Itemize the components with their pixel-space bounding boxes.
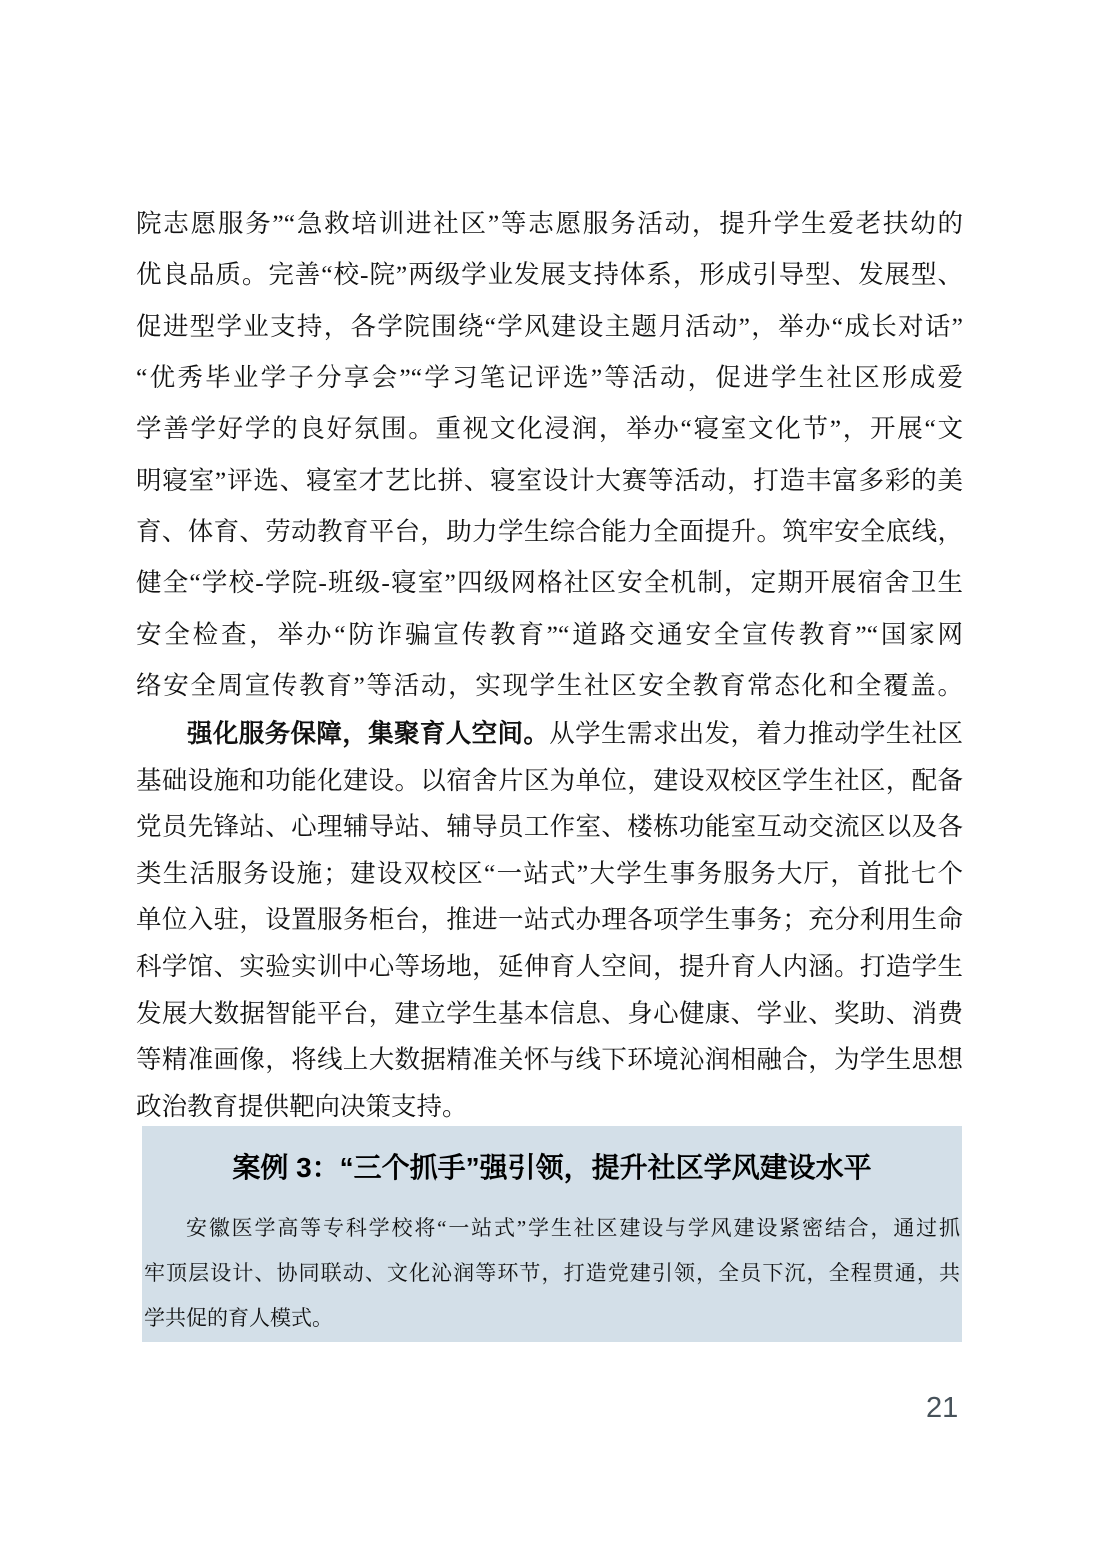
text-line: 等精准画像，将线上大数据精准关怀与线下环境沁润相融合，为学生思想 — [136, 1037, 963, 1084]
text-line: 单位入驻，设置服务柜台，推进一站式办理各项学生事务；充分利用生命 — [136, 897, 963, 944]
text-line: 健全“学校-学院-班级-寝室”四级网格社区安全机制，定期开展宿舍卫生 — [136, 557, 963, 608]
document-page: 院志愿服务”“急救培训进社区”等志愿服务活动，提升学生爱老扶幼的优良品质。完善“… — [0, 0, 1102, 1559]
text-line: 党员先锋站、心理辅导站、辅导员工作室、楼栋功能室互动交流区以及各 — [136, 804, 963, 851]
bold-inline-heading: 强化服务保障，集聚育人空间。 — [187, 720, 549, 748]
text-line: 学善学好学的良好氛围。重视文化浸润，举办“寝室文化节”，开展“文 — [136, 403, 963, 454]
text-line: 育、体育、劳动教育平台，助力学生综合能力全面提升。筑牢安全底线， — [136, 506, 963, 557]
text-line: 安徽医学高等专科学校将“一站式”学生社区建设与学风建设紧密结合，通过抓 — [144, 1206, 960, 1251]
case-study-callout-box: 案例 3：“三个抓手”强引领，提升社区学风建设水平 安徽医学高等专科学校将“一站… — [142, 1126, 962, 1342]
text-line: 促进型学业支持，各学院围绕“学风建设主题月活动”，举办“成长对话” — [136, 301, 963, 352]
text-line: 明寝室”评选、寝室才艺比拼、寝室设计大赛等活动，打造丰富多彩的美 — [136, 455, 963, 506]
text-line: 学共促的育人模式。 — [144, 1296, 960, 1341]
text-line: 牢顶层设计、协同联动、文化沁润等环节，打造党建引领，全员下沉，全程贯通，共 — [144, 1251, 960, 1296]
case-box-body: 安徽医学高等专科学校将“一站式”学生社区建设与学风建设紧密结合，通过抓牢顶层设计… — [144, 1206, 960, 1341]
text-line: 络安全周宣传教育”等活动，实现学生社区安全教育常态化和全覆盖。 — [136, 660, 963, 711]
text-line: 强化服务保障，集聚育人空间。从学生需求出发，着力推动学生社区 — [136, 711, 963, 758]
text-line: 政治教育提供靶向决策支持。 — [136, 1084, 963, 1131]
body-paragraph-2: 强化服务保障，集聚育人空间。从学生需求出发，着力推动学生社区基础设施和功能化建设… — [136, 711, 963, 1130]
text-line: “优秀毕业学子分享会”“学习笔记评选”等活动，促进学生社区形成爱 — [136, 352, 963, 403]
text-line: 院志愿服务”“急救培训进社区”等志愿服务活动，提升学生爱老扶幼的 — [136, 198, 963, 249]
text-line: 安全检查，举办“防诈骗宣传教育”“道路交通安全宣传教育”“国家网 — [136, 609, 963, 660]
text-line: 科学馆、实验实训中心等场地，延伸育人空间，提升育人内涵。打造学生 — [136, 944, 963, 991]
text-line: 类生活服务设施；建设双校区“一站式”大学生事务服务大厅，首批七个 — [136, 851, 963, 898]
page-number: 21 — [926, 1392, 966, 1425]
text-line: 优良品质。完善“校-院”两级学业发展支持体系，形成引导型、发展型、 — [136, 249, 963, 300]
text-line: 基础设施和功能化建设。以宿舍片区为单位，建设双校区学生社区，配备 — [136, 758, 963, 805]
body-paragraph-1: 院志愿服务”“急救培训进社区”等志愿服务活动，提升学生爱老扶幼的优良品质。完善“… — [136, 198, 963, 711]
case-box-title: 案例 3：“三个抓手”强引领，提升社区学风建设水平 — [144, 1147, 960, 1189]
text-line: 发展大数据智能平台，建立学生基本信息、身心健康、学业、奖助、消费 — [136, 991, 963, 1038]
